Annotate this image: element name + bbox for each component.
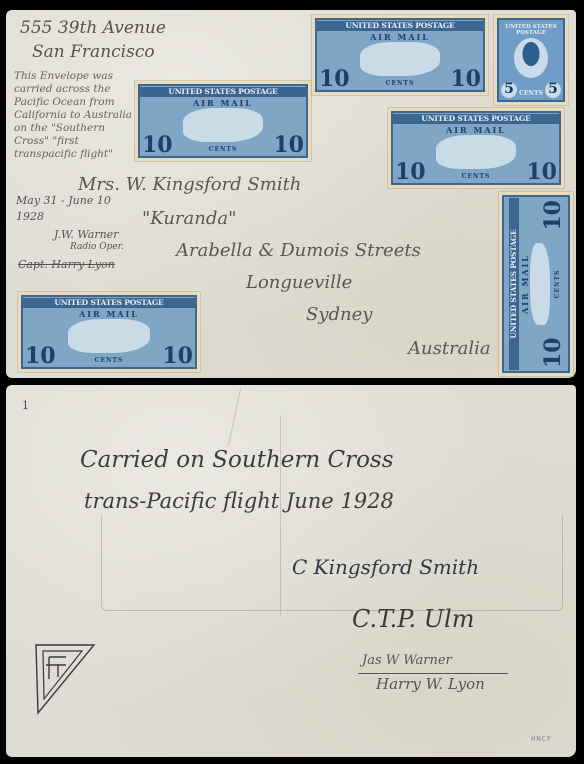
us-map-icon xyxy=(530,243,550,326)
recipient-name: Mrs. W. Kingsford Smith xyxy=(78,174,301,195)
us-map-icon xyxy=(183,108,263,142)
airmail-stamp: UNITED STATES POSTAGE AIR MAIL 10 CENTS … xyxy=(312,15,488,95)
inscription-line2: trans-Pacific flight June 1928 xyxy=(84,489,394,513)
dealer-mark: HNCF xyxy=(531,735,552,743)
stamp-header: UNITED STATES POSTAGE xyxy=(509,198,519,370)
stamp-value: 5 xyxy=(545,82,561,98)
envelope-back: 1 Carried on Southern Cross trans-Pacifi… xyxy=(6,385,576,757)
flight-year: 1928 xyxy=(16,210,44,223)
envelope-front: 555 39th Avenue San Francisco This Envel… xyxy=(6,10,576,378)
signature-ulm: C.T.P. Ulm xyxy=(352,605,474,633)
handwritten-note: This Envelope was carried across the Pac… xyxy=(14,70,134,161)
stamp-header: UNITED STATES POSTAGE xyxy=(393,114,559,124)
airmail-stamp-vertical: UNITED STATES POSTAGE AIR MAIL 10 CENTS … xyxy=(499,192,573,376)
stamp-airmail-label: AIR MAIL xyxy=(140,98,306,108)
stamp-header: UNITED STATES POSTAGE xyxy=(140,87,306,97)
inscription-line1: Carried on Southern Cross xyxy=(80,447,394,473)
radio-operator-title: Radio Oper. xyxy=(70,242,124,252)
stamp-value: 10 xyxy=(273,134,304,156)
signature-warner: Jas W Warner xyxy=(362,653,452,668)
roosevelt-stamp: UNITED STATES POSTAGE 5 CENTS 5 xyxy=(494,15,568,105)
signature-lyon: Harry W. Lyon xyxy=(376,675,485,693)
recipient-country: Australia xyxy=(408,338,491,359)
radio-operator-signature: J.W. Warner xyxy=(54,228,118,241)
stamp-header: UNITED STATES POSTAGE xyxy=(317,21,483,31)
stamp-airmail-label: AIR MAIL xyxy=(393,125,559,135)
airmail-stamp: UNITED STATES POSTAGE AIR MAIL 10 CENTS … xyxy=(18,292,200,372)
tick-mark: 1 xyxy=(22,399,29,412)
recipient-house: "Kuranda" xyxy=(142,208,236,229)
recipient-city: Sydney xyxy=(306,304,372,325)
stamp-value: 10 xyxy=(542,200,564,231)
signature-underline xyxy=(358,673,508,674)
us-map-icon xyxy=(360,42,440,76)
navigator-signature: Capt. Harry Lyon xyxy=(18,258,115,271)
return-address-line1: 555 39th Avenue xyxy=(20,18,166,38)
roosevelt-portrait-icon xyxy=(514,38,548,78)
paper-crease xyxy=(228,388,241,447)
airmail-stamp: UNITED STATES POSTAGE AIR MAIL 10 CENTS … xyxy=(135,81,311,161)
stamp-airmail-label: AIR MAIL xyxy=(317,32,483,42)
recipient-suburb: Longueville xyxy=(246,272,352,293)
flight-dates: May 31 - June 10 xyxy=(16,194,111,207)
return-address-line2: San Francisco xyxy=(32,42,155,62)
stamp-airmail-label: AIR MAIL xyxy=(520,198,530,370)
stamp-value: 10 xyxy=(526,161,557,183)
airmail-stamp: UNITED STATES POSTAGE AIR MAIL 10 CENTS … xyxy=(388,108,564,188)
stamp-airmail-label: AIR MAIL xyxy=(23,309,195,319)
stamp-header: UNITED STATES POSTAGE xyxy=(499,24,563,36)
recipient-streets: Arabella & Dumois Streets xyxy=(176,240,421,261)
us-map-icon xyxy=(68,319,151,353)
stamp-value: 10 xyxy=(450,68,481,90)
us-map-icon xyxy=(436,135,516,169)
stamp-header: UNITED STATES POSTAGE xyxy=(23,298,195,308)
stamp-value: 10 xyxy=(162,345,193,367)
signature-kingsford-smith: C Kingsford Smith xyxy=(292,555,479,579)
tf-monogram-icon xyxy=(34,643,96,719)
